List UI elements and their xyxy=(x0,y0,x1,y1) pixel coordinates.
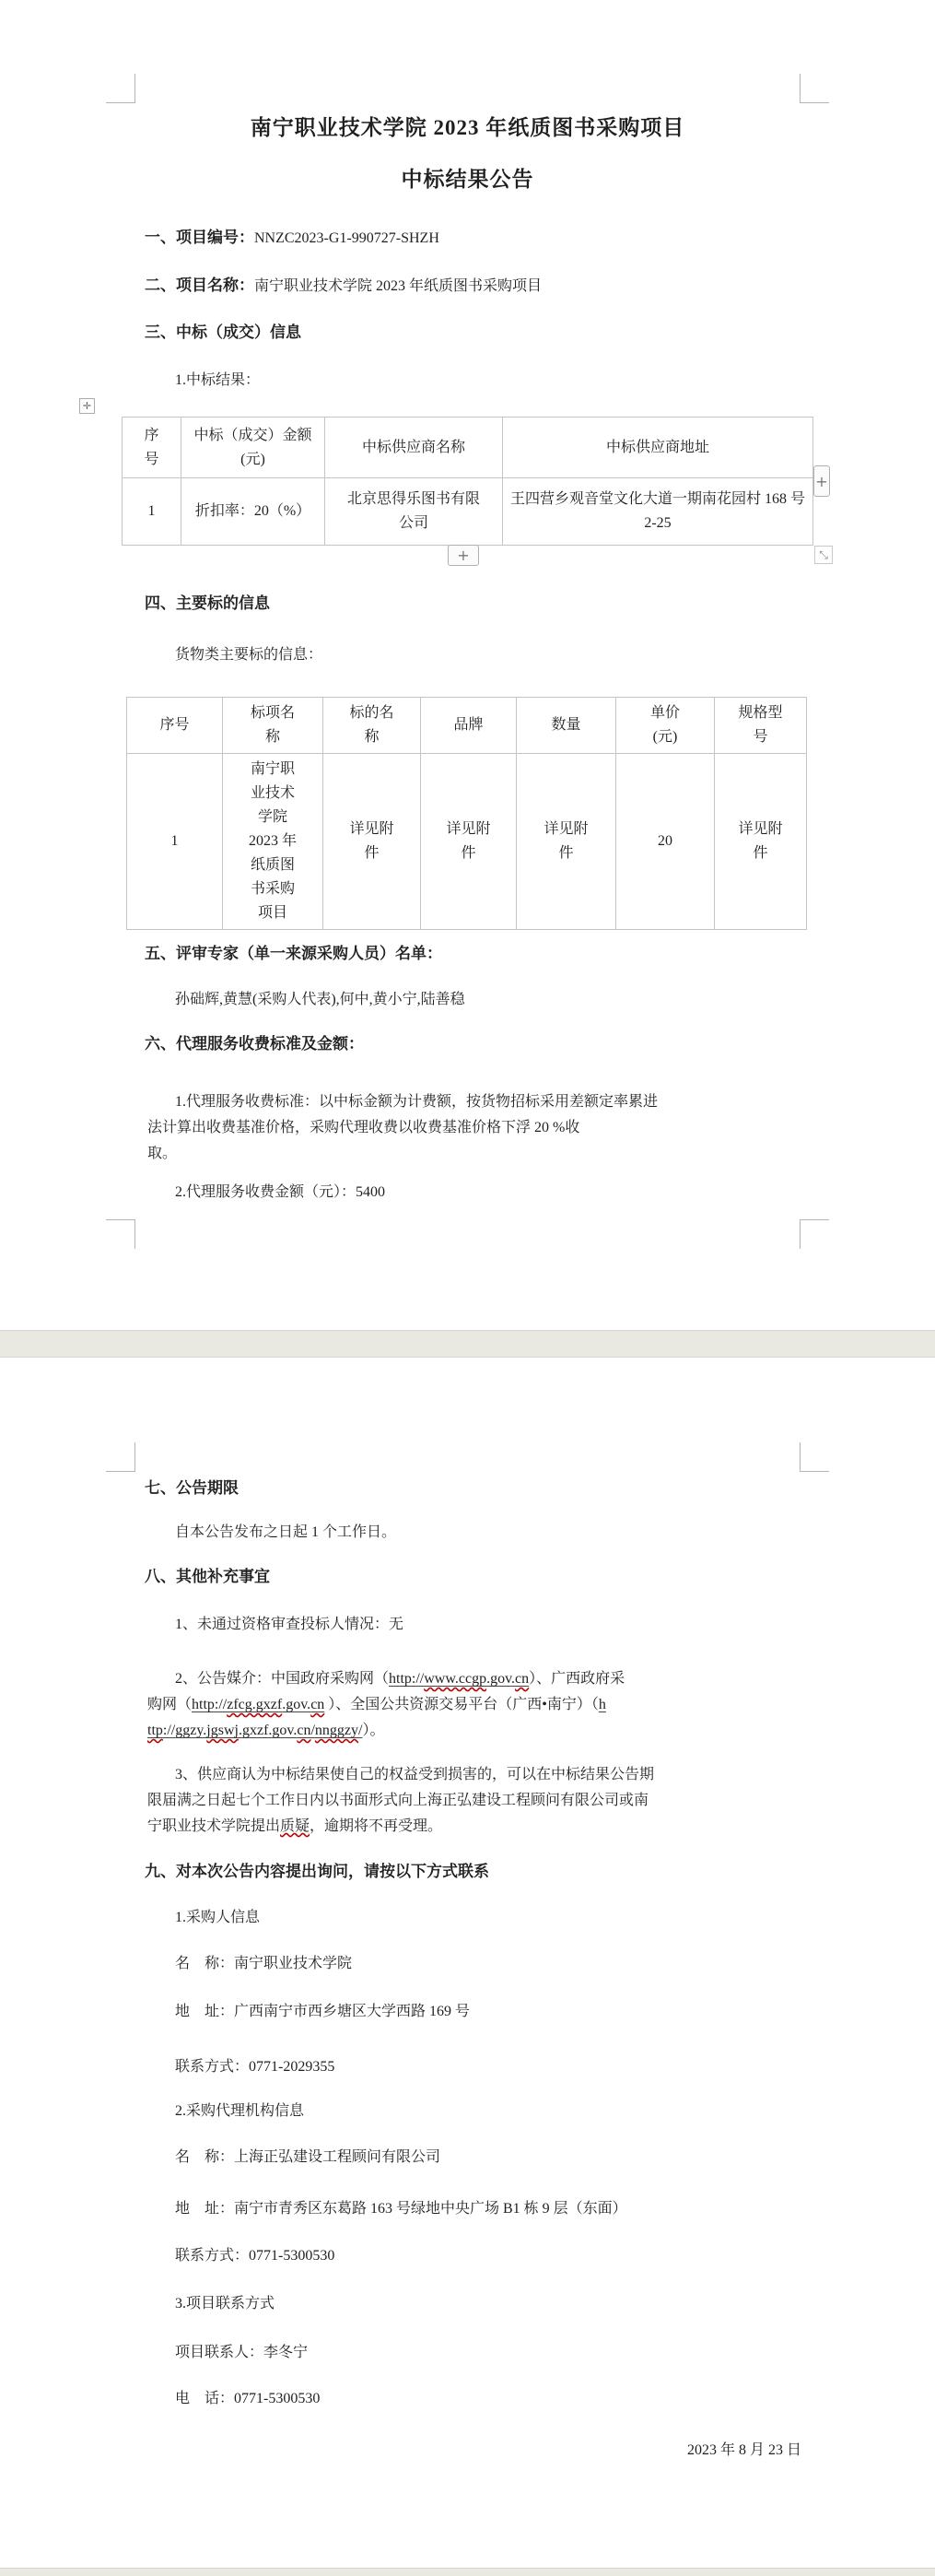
buyer-name-line: 名 称：南宁职业技术学院 xyxy=(175,1954,352,1974)
section-1-label: 一、项目编号： xyxy=(145,229,254,246)
paragraph-line: ttp://ggzy.jgswj.gxzf.gov.cn/nnggzy/）。 xyxy=(147,1718,625,1744)
spellcheck-wavy-underline: ttp xyxy=(147,1723,163,1738)
objection-paragraph: 3、供应商认为中标结果使自己的权益受到损害的，可以在中标结果公告期 限届满之日起… xyxy=(175,1762,654,1840)
cell-seq: 1 xyxy=(123,478,181,546)
cell-amount: 折扣率：20（%） xyxy=(181,478,325,546)
project-phone-line: 电 话：0771-5300530 xyxy=(175,2389,320,2409)
document-title-line1: 南宁职业技术学院 2023 年纸质图书采购项目 xyxy=(0,111,935,141)
agency-name-line: 名 称：上海正弘建设工程顾问有限公司 xyxy=(175,2147,440,2168)
paragraph-line: 2、公告媒介：中国政府采购网（http://www.ccgp.gov.cn）、广… xyxy=(175,1666,625,1692)
announcement-period: 自本公告发布之日起 1 个工作日。 xyxy=(175,1523,396,1543)
hyperlink[interactable]: http:// xyxy=(389,1671,424,1687)
col-header-brand: 品牌 xyxy=(421,698,517,754)
hyperlink[interactable]: www.ccgp xyxy=(424,1671,486,1687)
hyperlink[interactable]: ttp xyxy=(147,1723,163,1738)
paragraph-line: 购网（http://zfcg.gxzf.gov.cn ）、全国公共资源交易平台（… xyxy=(147,1692,625,1718)
agency-address-line: 地 址：南宁市青秀区东葛路 163 号绿地中央广场 B1 栋 9 层（东面） xyxy=(175,2199,627,2219)
col-header-subject-name: 标的名称 xyxy=(323,698,421,754)
agency-info-label: 2.采购代理机构信息 xyxy=(175,2101,304,2122)
section-6-heading: 六、代理服务收费标准及金额： xyxy=(145,1034,364,1054)
paragraph-line: 3、供应商认为中标结果使自己的权益受到损害的，可以在中标结果公告期 xyxy=(175,1762,654,1788)
paragraph-line: 取。 xyxy=(147,1141,658,1167)
section-8-heading: 八、其他补充事宜 xyxy=(145,1567,270,1587)
section-2-value: 南宁职业技术学院 2023 年纸质图书采购项目 xyxy=(254,278,542,294)
section-3-heading: 三、中标（成交）信息 xyxy=(145,323,301,343)
spellcheck-wavy-underline: cn xyxy=(310,1697,324,1712)
col-header-seq: 序号 xyxy=(123,418,181,478)
buyer-contact-line: 联系方式：0771-2029355 xyxy=(175,2057,334,2077)
section-1-value: NNZC2023-G1-990727-SHZH xyxy=(254,230,439,246)
hyperlink[interactable]: http:// xyxy=(192,1697,227,1712)
section-4-heading: 四、主要标的信息 xyxy=(145,594,270,614)
agency-fee-standard-paragraph: 1.代理服务收费标准：以中标金额为计费额，按货物招标采用差额定率累进 法计算出收… xyxy=(175,1089,658,1167)
paragraph-line: 1.代理服务收费标准：以中标金额为计费额，按货物招标采用差额定率累进 xyxy=(175,1089,658,1115)
agency-contact-line: 联系方式：0771-5300530 xyxy=(175,2246,334,2266)
goods-info-label: 货物类主要标的信息： xyxy=(175,645,322,665)
table-row: 1 折扣率：20（%） 北京思得乐图书有限公司 王四营乡观音堂文化大道一期南花园… xyxy=(123,478,813,546)
hyperlink[interactable]: ggzy. xyxy=(175,1723,206,1738)
bottom-page-gap xyxy=(0,2568,935,2576)
hyperlink[interactable]: cn xyxy=(310,1697,324,1712)
col-header-seq: 序号 xyxy=(127,698,223,754)
col-header-supplier-name: 中标供应商名称 xyxy=(325,418,503,478)
col-header-supplier-address: 中标供应商地址 xyxy=(503,418,813,478)
page-margin-mark xyxy=(106,1442,135,1472)
cell-lot-name: 南宁职业技术学院 2023 年纸质图书采购项目 xyxy=(223,754,323,930)
page-margin-mark xyxy=(106,1219,135,1249)
cell-supplier-address: 王四营乡观音堂文化大道一期南花园村 168 号 2-25 xyxy=(503,478,813,546)
table-add-column-button[interactable]: + xyxy=(813,465,830,497)
cell-brand: 详见附件 xyxy=(421,754,517,930)
announcement-media-paragraph: 2、公告媒介：中国政府采购网（http://www.ccgp.gov.cn）、广… xyxy=(175,1666,625,1744)
document-title-line2: 中标结果公告 xyxy=(0,162,935,193)
page-margin-mark xyxy=(106,74,135,103)
hyperlink[interactable]: cn xyxy=(297,1723,310,1738)
section-7-heading: 七、公告期限 xyxy=(145,1478,239,1499)
hyperlink[interactable]: .gxzf.gov. xyxy=(239,1723,297,1738)
page-2 xyxy=(0,1358,935,2568)
cell-subject-name: 详见附件 xyxy=(323,754,421,930)
hyperlink[interactable]: jgswj xyxy=(206,1723,239,1738)
section-2-project-name: 二、项目名称：南宁职业技术学院 2023 年纸质图书采购项目 xyxy=(145,276,542,297)
project-contact-label: 3.项目联系方式 xyxy=(175,2294,275,2314)
subject-info-table: 序号 标项名称 标的名称 品牌 数量 单价(元) 规格型号 1 南宁职业技术学院… xyxy=(126,697,807,930)
section-2-label: 二、项目名称： xyxy=(145,276,254,294)
cell-quantity: 详见附件 xyxy=(517,754,616,930)
col-header-unit-price: 单价(元) xyxy=(616,698,715,754)
col-header-amount: 中标（成交）金额(元) xyxy=(181,418,325,478)
cell-spec-model: 详见附件 xyxy=(715,754,807,930)
announcement-date: 2023 年 8 月 23 日 xyxy=(687,2438,801,2459)
cell-unit-price: 20 xyxy=(616,754,715,930)
expert-names: 孙础辉,黄慧(采购人代表),何中,黄小宁,陆善稳 xyxy=(175,990,465,1010)
buyer-info-label: 1.采购人信息 xyxy=(175,1908,260,1928)
col-header-quantity: 数量 xyxy=(517,698,616,754)
section-9-heading: 九、对本次公告内容提出询问，请按以下方式联系 xyxy=(145,1862,489,1882)
spellcheck-wavy-underline: jgswj xyxy=(206,1723,239,1738)
page-margin-mark xyxy=(800,74,829,103)
section-1-project-number: 一、项目编号：NNZC2023-G1-990727-SHZH xyxy=(145,228,439,249)
section-5-heading: 五、评审专家（单一来源采购人员）名单： xyxy=(145,944,442,964)
spellcheck-wavy-underline: nnggzy xyxy=(315,1723,358,1738)
cell-supplier-name: 北京思得乐图书有限公司 xyxy=(325,478,503,546)
paragraph-line: 宁职业技术学院提出质疑，逾期将不再受理。 xyxy=(147,1814,654,1840)
award-result-label: 1.中标结果： xyxy=(175,371,260,391)
spellcheck-wavy-underline: cn xyxy=(297,1723,310,1738)
buyer-address-line: 地 址：广西南宁市西乡塘区大学西路 169 号 xyxy=(175,2002,470,2022)
page-margin-mark xyxy=(800,1219,829,1249)
project-contact-person-line: 项目联系人：李冬宁 xyxy=(175,2343,308,2363)
paragraph-line: 限届满之日起七个工作日内以书面形式向上海正弘建设工程顾问有限公司或南 xyxy=(147,1788,654,1814)
page-margin-mark xyxy=(800,1442,829,1472)
paragraph-line: 法计算出收费基准价格，采购代理收费以收费基准价格下浮 20 %收 xyxy=(147,1115,658,1141)
hyperlink[interactable]: .gov. xyxy=(282,1697,310,1712)
page-separator xyxy=(0,1330,935,1358)
table-row: 1 南宁职业技术学院 2023 年纸质图书采购项目 详见附件 详见附件 详见附件… xyxy=(127,754,807,930)
hyperlink[interactable]: :// xyxy=(163,1723,175,1738)
hyperlink[interactable]: cn xyxy=(515,1671,529,1687)
award-result-table: 序号 中标（成交）金额(元) 中标供应商名称 中标供应商地址 1 折扣率：20（… xyxy=(122,417,813,546)
spellcheck-wavy-underline: zfcg.gxzf xyxy=(227,1697,282,1712)
document-canvas: 南宁职业技术学院 2023 年纸质图书采购项目 中标结果公告 一、项目编号：NN… xyxy=(0,0,935,2576)
spellcheck-wavy-underline: cn xyxy=(515,1671,529,1687)
spellcheck-wavy-underline: 质疑 xyxy=(280,1818,310,1834)
unqualified-bidders-line: 1、未通过资格审查投标人情况：无 xyxy=(175,1615,403,1635)
table-header-row: 序号 中标（成交）金额(元) 中标供应商名称 中标供应商地址 xyxy=(123,418,813,478)
hyperlink[interactable]: zfcg.gxzf xyxy=(227,1697,282,1712)
spellcheck-wavy-underline: www.ccgp xyxy=(424,1671,486,1687)
hyperlink[interactable]: nnggzy xyxy=(315,1723,358,1738)
cell-seq: 1 xyxy=(127,754,223,930)
col-header-spec-model: 规格型号 xyxy=(715,698,807,754)
hyperlink[interactable]: h xyxy=(599,1697,606,1712)
hyperlink[interactable]: .gov. xyxy=(486,1671,515,1687)
table-header-row: 序号 标项名称 标的名称 品牌 数量 单价(元) 规格型号 xyxy=(127,698,807,754)
agency-fee-amount: 2.代理服务收费金额（元）：5400 xyxy=(175,1182,385,1203)
table-add-row-button[interactable]: + xyxy=(448,545,479,566)
table-move-handle-icon[interactable]: ✛ xyxy=(79,398,95,414)
table-resize-handle-icon[interactable]: ⤡ xyxy=(814,546,833,564)
col-header-lot-name: 标项名称 xyxy=(223,698,323,754)
